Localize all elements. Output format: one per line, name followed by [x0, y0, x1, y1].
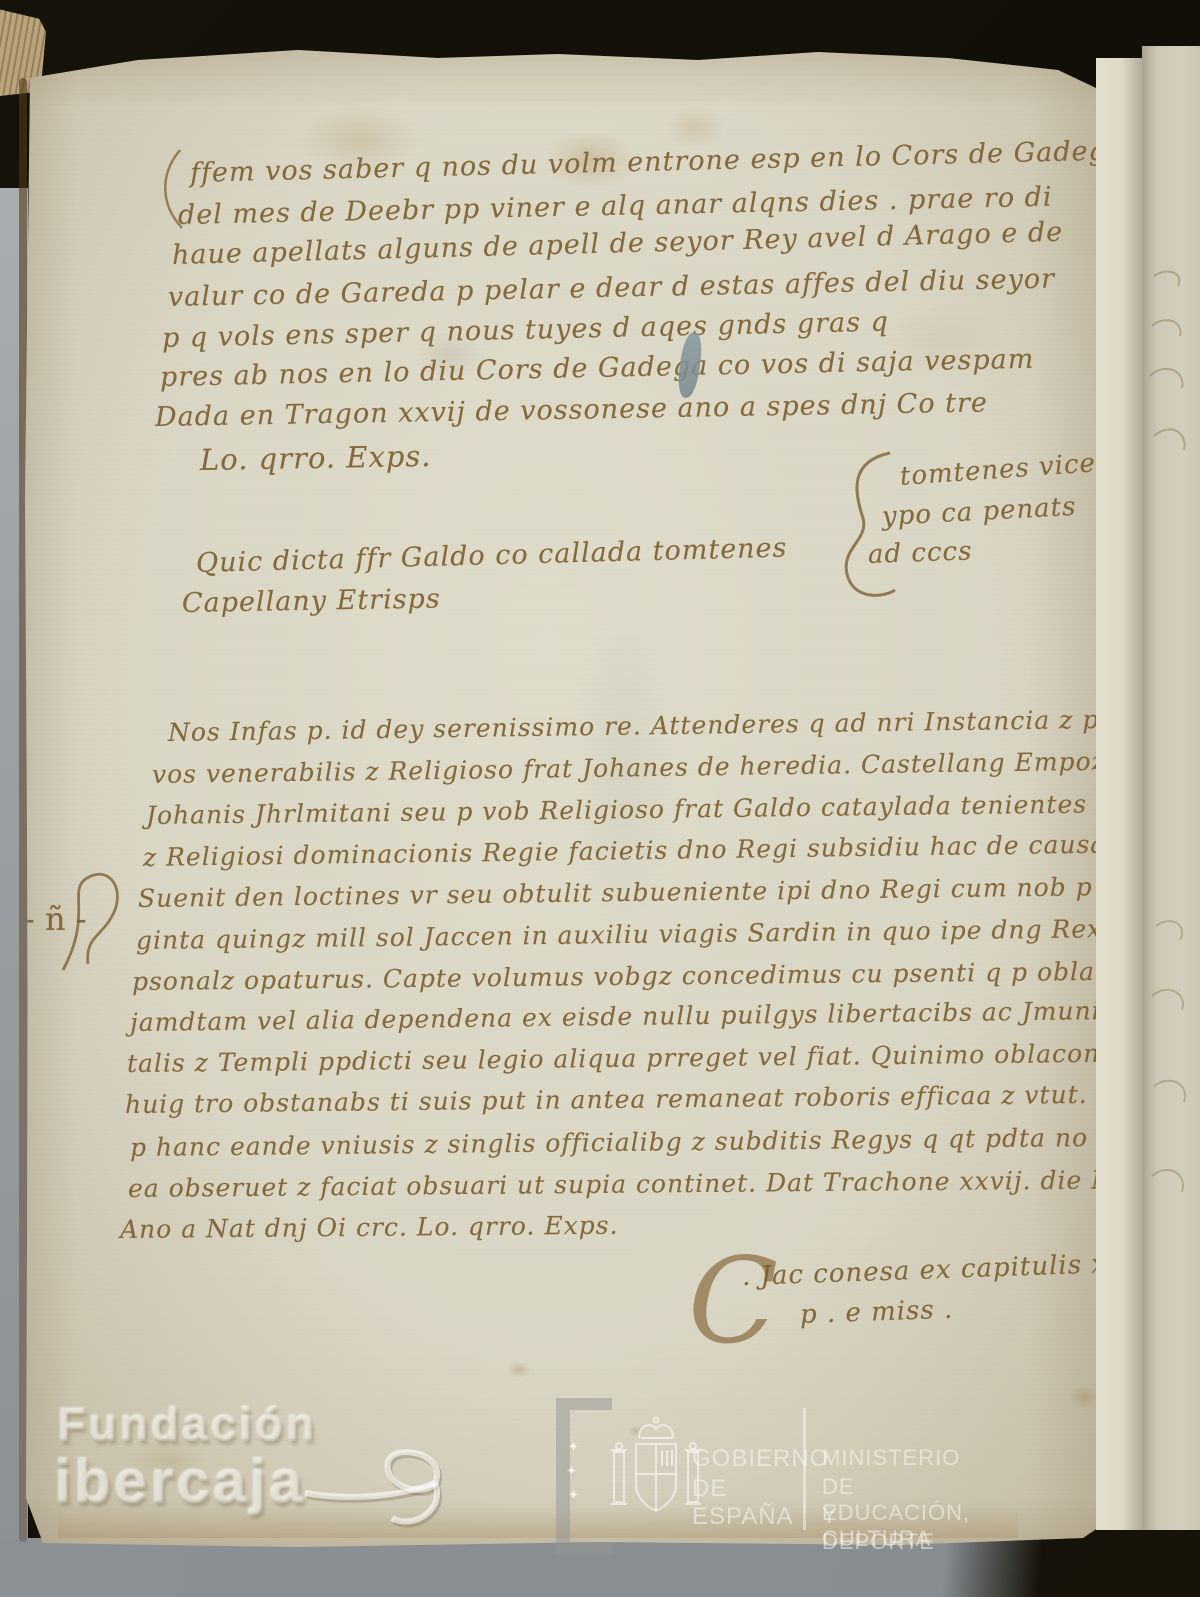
manuscript-line: Ano a Nat dnj Oi crc. Lo. qrro. Exps. [120, 1211, 619, 1244]
manuscript-line: huig tro obstanabs ti suis put in antea … [125, 1079, 1200, 1119]
paper-stain [628, 1425, 644, 1437]
side-note-line: ypo ca penats [881, 492, 1077, 532]
side-note-line: tomtenes vices [899, 447, 1111, 492]
ministry-watermark-line1: MINISTERIO [822, 1445, 960, 1471]
manuscript-line: ginta quingz mill sol Jaccen in auxiliu … [136, 912, 1200, 955]
closing-line: p . e miss . [799, 1295, 953, 1330]
star-icon: ✦ [568, 1440, 579, 1455]
manuscript-dating-line: Lo. qrro. Exps. [200, 439, 432, 477]
manuscript-line: p hanc eande vniusis z singlis officiali… [130, 1122, 1200, 1162]
manuscript-line: ffem vos saber q nos du volm entrone esp… [190, 132, 1200, 189]
ministry-watermark-line3: Y DEPORTE [822, 1503, 935, 1555]
closing-flourish: C [688, 1242, 778, 1360]
star-icon: ✦ [566, 1464, 577, 1479]
manuscript-line: psonalz opaturus. Capte volumus vobgz co… [132, 954, 1200, 996]
gov-watermark-line2: DE ESPAÑA [692, 1475, 794, 1531]
page-left-edge-shadow [19, 78, 27, 1542]
page-fold-edge [1096, 58, 1142, 1530]
docket-line: Quic dicta ffr Galdo co callada tomtenes [196, 533, 788, 579]
manuscript-line: Nos Infas p. id dey serenissimo re. Atte… [168, 701, 1200, 747]
paper-stain [665, 105, 725, 150]
ibercaja-watermark-line2: ibercaja [55, 1448, 306, 1517]
bleedthrough-marks [1144, 256, 1198, 476]
manuscript-line: Johanis Jhrlmitani seu p vob Religioso f… [146, 787, 1200, 830]
manuscript-line: Suenit den loctines vr seu obtulit subue… [138, 870, 1200, 913]
watermark-divider [803, 1408, 806, 1530]
manuscript-line: valur co de Gareda p pelar e dear d esta… [168, 263, 1056, 313]
next-page-edge [1142, 46, 1200, 1530]
paper-stain [1070, 1386, 1098, 1408]
manuscript-line: vos venerabilis z Religioso frat Johanes… [152, 742, 1200, 789]
side-note-line: ad cccs [867, 536, 972, 570]
ibercaja-watermark-line1: Fundación [58, 1398, 318, 1452]
manuscript-line: ea obseruet z faciat obsuari ut supia co… [128, 1164, 1200, 1203]
bleedthrough-marks [1144, 906, 1198, 1226]
closing-line: . Jac conesa ex capitulis x [741, 1249, 1107, 1292]
manuscript-line: talis z Templi ppdicti seu legio aliqua … [127, 1037, 1200, 1078]
paper-stain [508, 1362, 530, 1378]
manuscript-line: Dada en Tragon xxvij de vossonese ano a … [155, 387, 988, 433]
gov-watermark-line1: GOBIERNO [692, 1445, 829, 1473]
star-icon: ✦ [568, 1488, 579, 1503]
manuscript-line: p q vols ens sper q nous tuyes d aqes gn… [162, 307, 890, 354]
manuscript-line: z Religiosi dominacionis Regie facietis … [143, 826, 1200, 872]
manuscript-page: ffem vos saber q nos du volm entrone esp… [18, 38, 1118, 1550]
flag-column-icon [556, 1398, 612, 1554]
docket-line: Capellany Etrisps [182, 583, 441, 619]
margin-note: - ñ - [24, 900, 87, 938]
manuscript-line: jamdtam vel alia dependena ex eisde null… [130, 994, 1200, 1037]
manuscript-photo: ffem vos saber q nos du volm entrone esp… [0, 0, 1200, 1597]
